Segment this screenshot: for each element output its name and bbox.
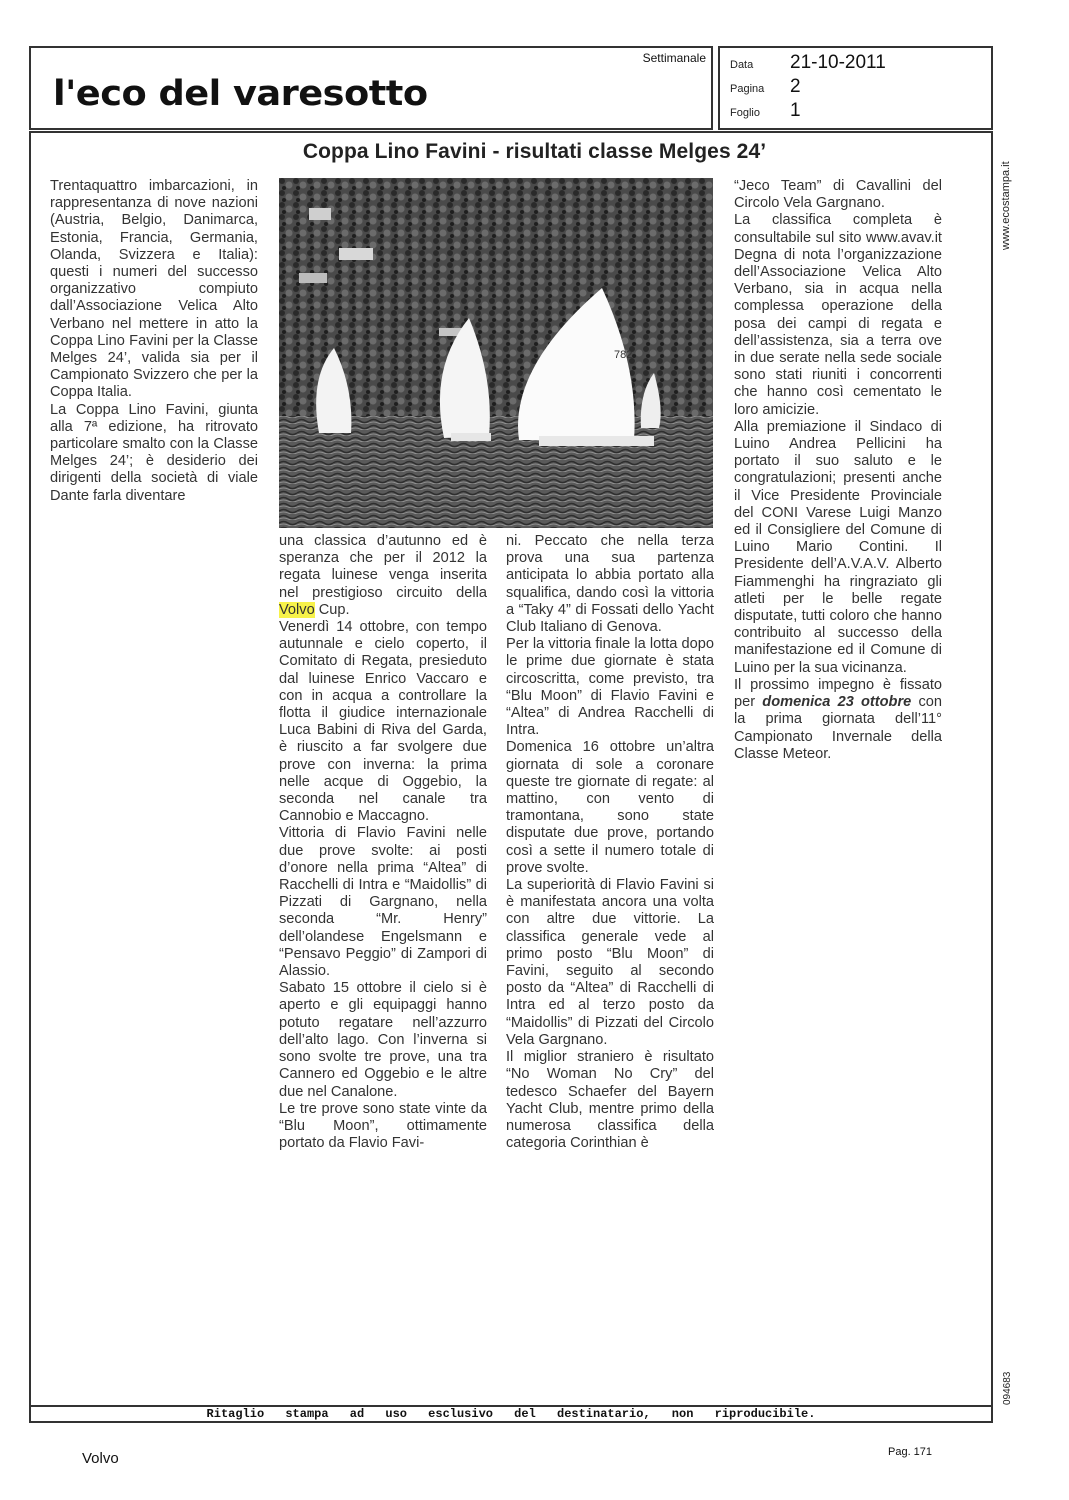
client-name: Volvo xyxy=(82,1450,119,1467)
article-column-1: Trentaquattro imbarcazioni, in rappresen… xyxy=(50,178,258,505)
page-number: Pag. 171 xyxy=(888,1446,932,1458)
usage-notice: Ritaglio stampa ad uso esclusivo del des… xyxy=(29,1405,993,1423)
paragraph: Le tre prove sono state vinte da “Blu Mo… xyxy=(279,1101,487,1153)
paragraph: una classica d’autunno ed è speranza che… xyxy=(279,533,487,619)
article-column-3: ni. Peccato che nella terza prova una su… xyxy=(506,533,714,1152)
paragraph: “Jeco Team” di Cavallini del Circolo Vel… xyxy=(734,178,942,212)
clipping-code: 094683 xyxy=(1002,1372,1013,1405)
event-date-emphasis: domenica 23 ottobre xyxy=(762,694,911,710)
clipping-meta: Data 21-10-2011 Pagina 2 Foglio 1 xyxy=(718,46,993,130)
meta-date: Data 21-10-2011 xyxy=(730,52,886,74)
highlighted-keyword: Volvo xyxy=(279,602,315,618)
paragraph: Venerdì 14 ottobre, con tempo autunnale … xyxy=(279,619,487,825)
paragraph: Per la vittoria finale la lotta dopo le … xyxy=(506,636,714,739)
page-value: 2 xyxy=(790,76,801,98)
paragraph: Sabato 15 ottobre il cielo si è aperto e… xyxy=(279,980,487,1100)
page-label: Pagina xyxy=(730,83,790,95)
publication-logo: l'eco del varesotto xyxy=(53,74,428,114)
paragraph: Il prossimo impegno è fissato per domeni… xyxy=(734,677,942,763)
masthead: l'eco del varesotto Settimanale xyxy=(29,46,713,130)
paragraph: ni. Peccato che nella terza prova una su… xyxy=(506,533,714,636)
paragraph: La Coppa Lino Favini, giunta alla 7ª edi… xyxy=(50,402,258,505)
paragraph: La classifica completa è consultabile su… xyxy=(734,212,942,418)
article-headline: Coppa Lino Favini - risultati classe Mel… xyxy=(0,140,1069,164)
meta-sheet: Foglio 1 xyxy=(730,100,801,122)
meta-page: Pagina 2 xyxy=(730,76,801,98)
article-column-4: “Jeco Team” di Cavallini del Circolo Vel… xyxy=(734,178,942,763)
paragraph: Trentaquattro imbarcazioni, in rappresen… xyxy=(50,178,258,402)
paragraph: Vittoria di Flavio Favini nelle due prov… xyxy=(279,825,487,980)
paragraph: Domenica 16 ottobre un’altra giornata di… xyxy=(506,739,714,877)
svg-text:782: 782 xyxy=(614,349,632,361)
source-url: www.ecostampa.it xyxy=(1000,161,1012,250)
sheet-value: 1 xyxy=(790,100,801,122)
date-value: 21-10-2011 xyxy=(790,52,886,74)
sailboats-image-icon: 782 xyxy=(279,178,713,528)
date-label: Data xyxy=(730,59,790,71)
paragraph: Alla premiazione il Sindaco di Luino And… xyxy=(734,419,942,677)
paragraph: La superiorità di Flavio Favini si è man… xyxy=(506,877,714,1049)
article-column-2: una classica d’autunno ed è speranza che… xyxy=(279,533,487,1152)
publication-frequency: Settimanale xyxy=(643,51,706,65)
paragraph: Il miglior straniero è risultato “No Wom… xyxy=(506,1049,714,1152)
sheet-label: Foglio xyxy=(730,107,790,119)
sailing-photo: 782 xyxy=(279,178,713,528)
